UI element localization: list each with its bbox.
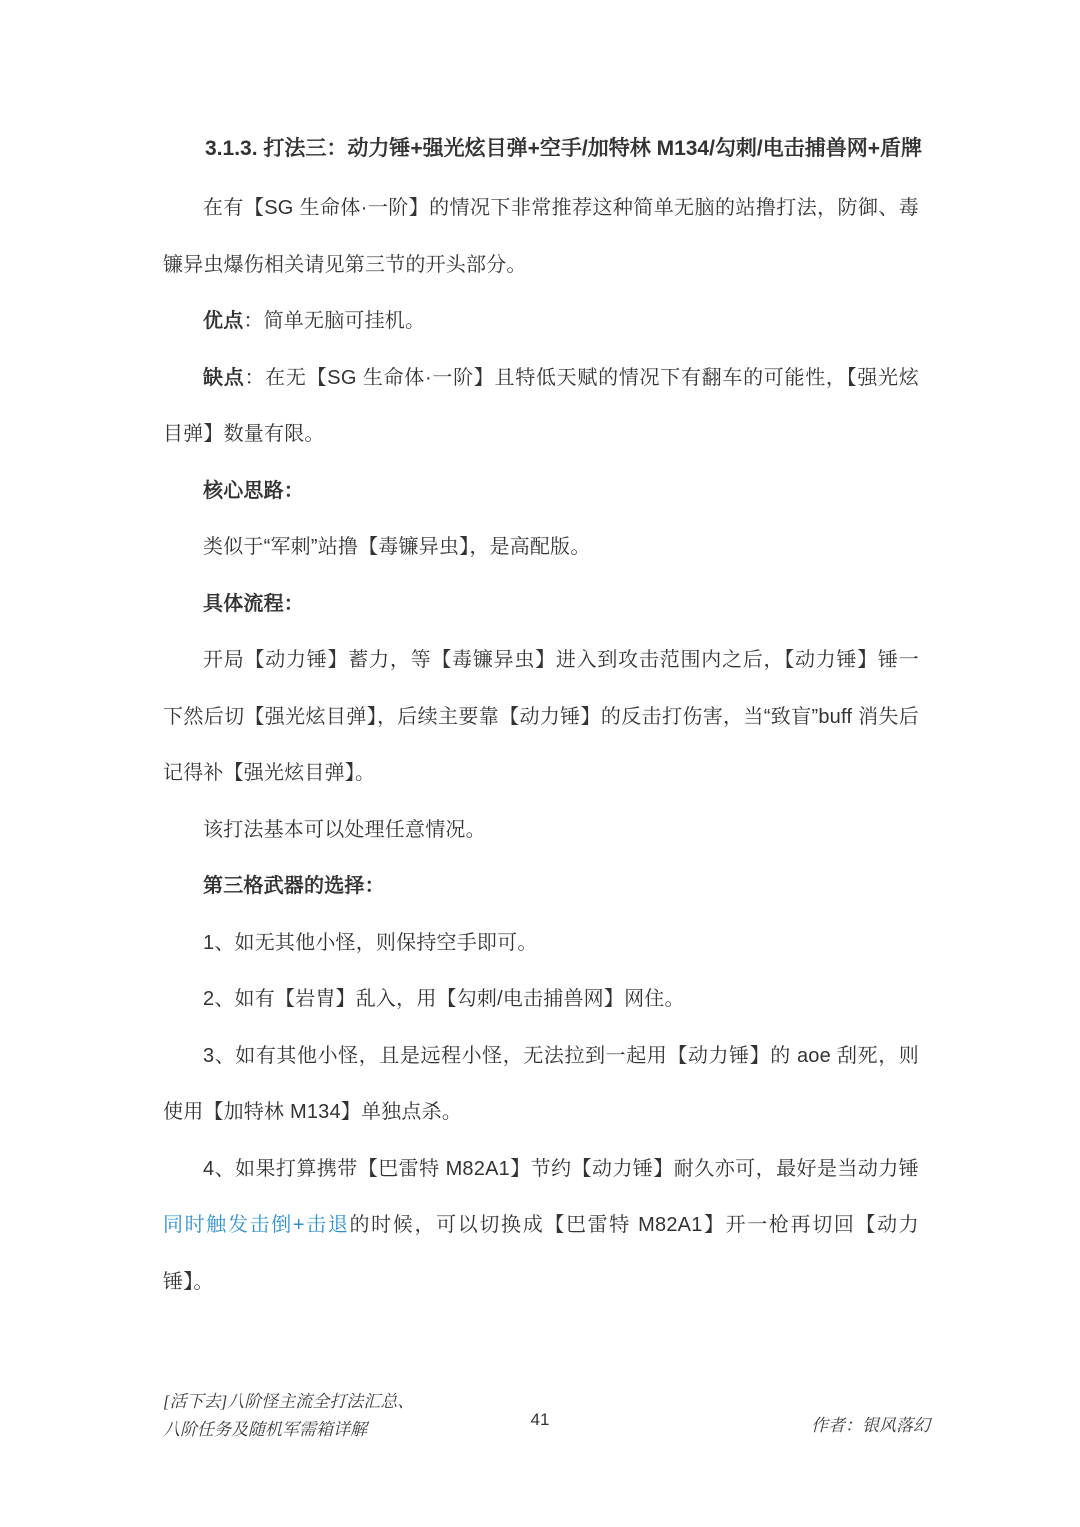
- paragraph: 第三格武器的选择：: [163, 858, 919, 915]
- inline-link[interactable]: 同时触发击倒+击退: [163, 1214, 350, 1236]
- paragraph: 核心思路：: [163, 463, 919, 520]
- footer-author: 作者：银风落幻: [811, 1411, 930, 1436]
- text-run: 2、如有【岩胄】乱入，用【勾刺/电击捕兽网】网住。: [203, 988, 685, 1010]
- paragraph: 具体流程：: [163, 576, 919, 633]
- document-page: 3.1.3. 打法三：动力锤+强光炫目弹+空手/加特林 M134/勾刺/电击捕兽…: [0, 0, 1080, 1527]
- text-run: 该打法基本可以处理任意情况。: [203, 819, 486, 841]
- bold-run: 优点: [203, 310, 243, 332]
- text-run: ：简单无脑可挂机。: [243, 310, 425, 332]
- paragraph: 2、如有【岩胄】乱入，用【勾刺/电击捕兽网】网住。: [163, 971, 919, 1028]
- text-run: 3、如有其他小怪，且是远程小怪，无法拉到一起用【动力锤】的 aoe 刮死，则使用…: [163, 1045, 919, 1124]
- text-run: 在有【SG 生命体·一阶】的情况下非常推荐这种简单无脑的站撸打法，防御、毒镰异虫…: [163, 197, 919, 276]
- document-body: 3.1.3. 打法三：动力锤+强光炫目弹+空手/加特林 M134/勾刺/电击捕兽…: [163, 120, 919, 1310]
- paragraph: 4、如果打算携带【巴雷特 M82A1】节约【动力锤】耐久亦可，最好是当动力锤同时…: [163, 1141, 919, 1311]
- text-run: ：在无【SG 生命体·一阶】且特低天赋的情况下有翻车的可能性，【强光炫目弹】数量…: [163, 367, 919, 446]
- paragraph: 该打法基本可以处理任意情况。: [163, 802, 919, 859]
- bold-run: 核心思路：: [203, 480, 304, 502]
- text-run: 4、如果打算携带【巴雷特 M82A1】节约【动力锤】耐久亦可，最好是当动力锤: [203, 1158, 919, 1180]
- paragraph: 缺点：在无【SG 生命体·一阶】且特低天赋的情况下有翻车的可能性，【强光炫目弹】…: [163, 350, 919, 463]
- bold-run: 具体流程：: [203, 593, 304, 615]
- text-run: 1、如无其他小怪，则保持空手即可。: [203, 932, 538, 954]
- bold-run: 第三格武器的选择：: [203, 875, 385, 897]
- section-heading: 3.1.3. 打法三：动力锤+强光炫目弹+空手/加特林 M134/勾刺/电击捕兽…: [163, 120, 919, 177]
- text-run: 开局【动力锤】蓄力，等【毒镰异虫】进入到攻击范围内之后，【动力锤】锤一下然后切【…: [163, 649, 919, 784]
- paragraph: 3、如有其他小怪，且是远程小怪，无法拉到一起用【动力锤】的 aoe 刮死，则使用…: [163, 1028, 919, 1141]
- paragraph: 1、如无其他小怪，则保持空手即可。: [163, 915, 919, 972]
- paragraph: 类似于“军刺”站撸【毒镰异虫】，是高配版。: [163, 519, 919, 576]
- paragraph: 优点：简单无脑可挂机。: [163, 293, 919, 350]
- paragraph: 开局【动力锤】蓄力，等【毒镰异虫】进入到攻击范围内之后，【动力锤】锤一下然后切【…: [163, 632, 919, 802]
- paragraph: 在有【SG 生命体·一阶】的情况下非常推荐这种简单无脑的站撸打法，防御、毒镰异虫…: [163, 180, 919, 293]
- text-run: 类似于“军刺”站撸【毒镰异虫】，是高配版。: [203, 536, 591, 558]
- bold-run: 缺点: [203, 367, 244, 389]
